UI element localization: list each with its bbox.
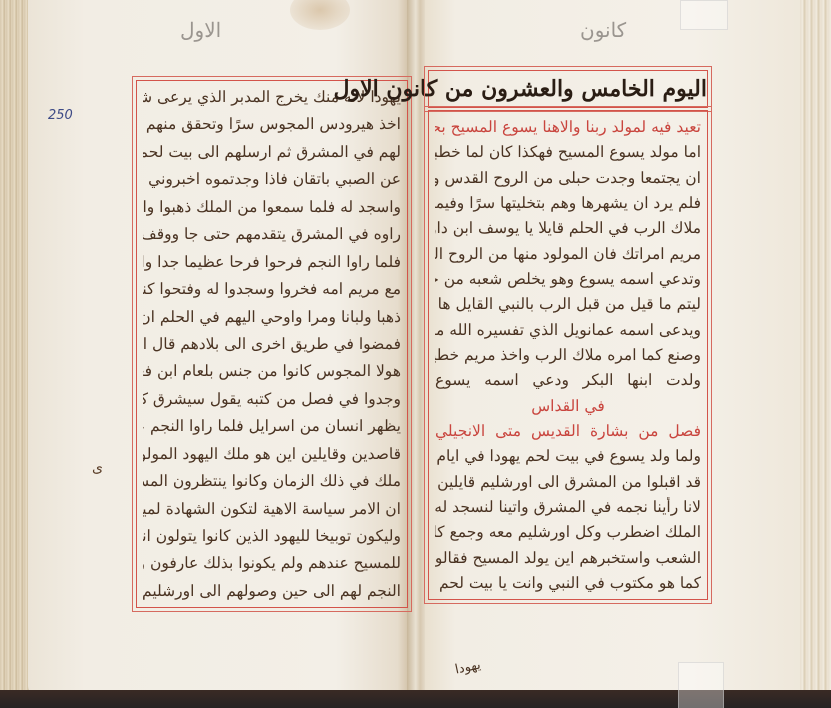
text-line: الملك اضطرب وكل اورشليم معه وجمع كل روسا… bbox=[435, 522, 701, 542]
text-line: لهم في المشرق ثم ارسلهم الى بيت لحم قايل… bbox=[143, 142, 401, 162]
text-line: فمضوا في طريق اخرى الى بلادهم قال المفسر… bbox=[143, 334, 401, 354]
text-line: راوه في المشرق يتقدمهم حتى جا ووقف حيث ك… bbox=[143, 224, 401, 244]
text-line: قد اقبلوا من المشرق الى اورشليم قايلين ا… bbox=[435, 472, 701, 492]
margin-mark: ی bbox=[92, 460, 103, 476]
text-line: ملك في ذلك الزمان وكانوا ينتظرون المسيح … bbox=[143, 471, 401, 491]
text-line: قاصدين وقايلين اين هو ملك اليهود المولود… bbox=[143, 444, 401, 464]
text-line: عن الصبي باتقان فاذا وجدتموه اخبروني لكي… bbox=[143, 169, 401, 189]
text-line: مريم امراتك فان المولود منها من الروح ال… bbox=[435, 244, 701, 264]
text-line: ولما ولد يسوع في بيت لحم يهودا في ايام ه… bbox=[435, 446, 701, 466]
text-line: هولا المجوس كانوا من جنس بلعام ابن فعور … bbox=[143, 361, 401, 381]
right-text-block: تعيد فيه لمولد ربنا والاهنا يسوع المسيح … bbox=[435, 117, 701, 593]
right-page-edges bbox=[800, 0, 831, 700]
text-line: يظهر انسان من اسرايل فلما راوا النجم عدو… bbox=[143, 416, 401, 436]
right-pencil-note: كانون bbox=[580, 18, 626, 42]
left-page-edges bbox=[0, 0, 30, 700]
text-line: ملاك الرب في الحلم قايلا يا يوسف ابن داو… bbox=[435, 218, 701, 238]
text-line: ويدعى اسمه عمانويل الذي تفسيره الله معنا… bbox=[435, 320, 701, 340]
text-line: واسجد له فلما سمعوا من الملك ذهبوا واذا … bbox=[143, 197, 401, 217]
text-line: فلما راوا النجم فرحوا فرحا عظيما جدا وات… bbox=[143, 252, 401, 272]
text-line: وجدوا في فصل من كتبه يقول سيشرق كوكب من … bbox=[143, 389, 401, 409]
text-line: وليكون توبيخا لليهود الذين كانوا يتولون … bbox=[143, 526, 401, 546]
rubric-line: في القداس bbox=[435, 396, 701, 416]
text-line: مع مريم امه فخروا وسجدوا له وفتحوا كنوزه… bbox=[143, 279, 401, 299]
rubric-line: فصل من بشارة القديس متى الانجيلي bbox=[435, 421, 701, 441]
text-line: النجم لهم الى حين وصولهم الى اورشليم سبع… bbox=[143, 581, 401, 601]
text-line: ان الامر سياسة الاهية لتكون الشهادة لميل… bbox=[143, 499, 401, 519]
text-line: للمسيح عندهم ولم يكونوا بذلك عارفون وكان… bbox=[143, 553, 401, 573]
folio-number: 250 bbox=[48, 108, 73, 123]
text-line: فلم يرد ان يشهرها وهم بتخليتها سرًا وفيم… bbox=[435, 193, 701, 213]
left-pencil-note: الاول bbox=[180, 18, 221, 42]
text-line: وتدعي اسمه يسوع وهو يخلص شعبه من خطاياهم… bbox=[435, 269, 701, 289]
text-line: اخذ هيرودس المجوس سرًا وتحقق منهم زمان ا… bbox=[143, 114, 401, 134]
text-line: كما هو مكتوب في النبي وانت يا بيت لحم يه… bbox=[435, 573, 701, 593]
text-line: ليتم ما قيل من قبل الرب بالنبي القايل ها… bbox=[435, 294, 701, 314]
heading-frame: اليوم الخامس والعشرون من كانون الاول bbox=[428, 70, 708, 108]
text-line: اما مولد يسوع المسيح فهكذا كان لما خطبت … bbox=[435, 142, 701, 162]
right-text-frame: تعيد فيه لمولد ربنا والاهنا يسوع المسيح … bbox=[428, 110, 708, 600]
open-manuscript: الاول 250 ی يهودا لانه منك يخرج المدبر ا… bbox=[0, 0, 831, 708]
text-line: ان يجتمعا وجدت حبلى من الروح القدس وكان … bbox=[435, 168, 701, 188]
left-text-frame: يهودا لانه منك يخرج المدبر الذي يرعى شعب… bbox=[136, 80, 408, 608]
text-line: لانا رأينا نجمه في المشرق واتينا لنسجد ل… bbox=[435, 497, 701, 517]
tape-strip bbox=[680, 0, 728, 30]
left-text-block: يهودا لانه منك يخرج المدبر الذي يرعى شعب… bbox=[143, 87, 401, 601]
text-line: الشعب واستخبرهم اين يولد المسيح فقالوا ل… bbox=[435, 548, 701, 568]
tape-strip bbox=[678, 662, 724, 708]
text-line: وصنع كما امره ملاك الرب واخذ مريم خطيبته… bbox=[435, 345, 701, 365]
text-line: ولدت ابنها البكر ودعي اسمه يسوع bbox=[435, 370, 701, 390]
text-line: ذهبا ولبانا ومرا واوحي اليهم في الحلم ان… bbox=[143, 307, 401, 327]
rubric-line: تعيد فيه لمولد ربنا والاهنا يسوع المسيح … bbox=[435, 117, 701, 137]
page-heading: اليوم الخامس والعشرون من كانون الاول bbox=[429, 71, 707, 107]
